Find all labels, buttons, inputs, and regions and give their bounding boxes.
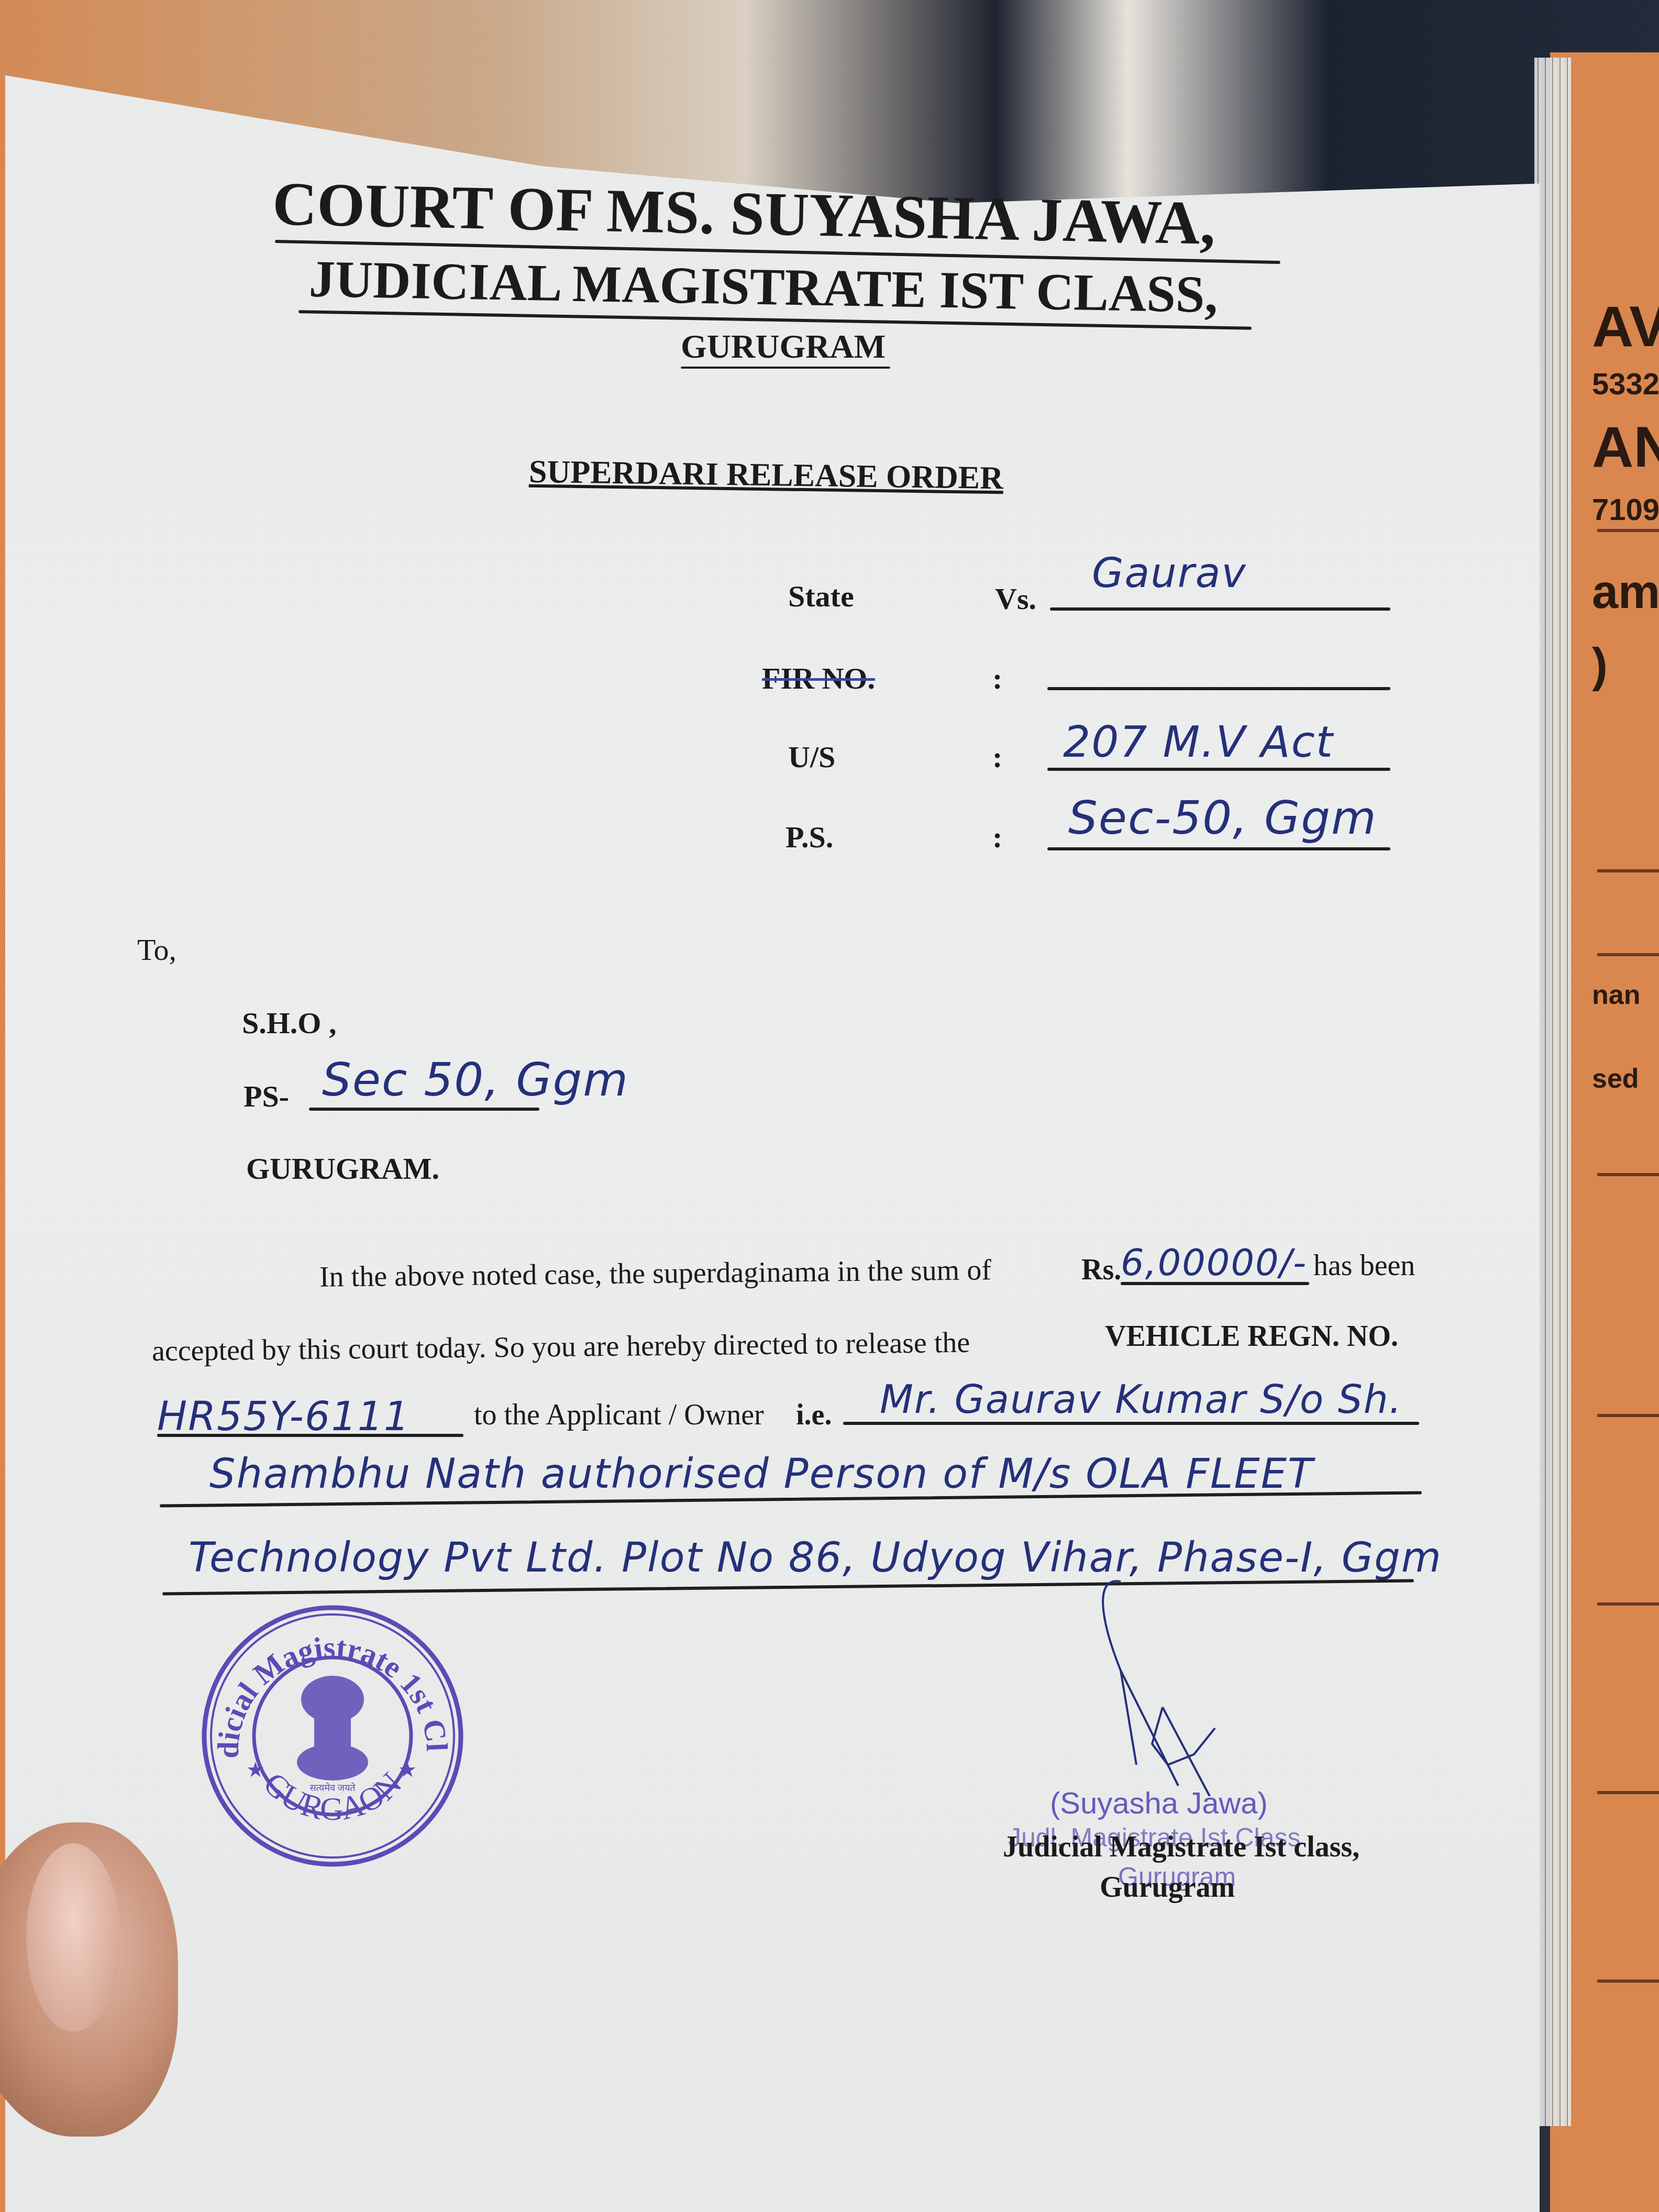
stamped-name: (Suyasha Jawa) [1050, 1786, 1268, 1821]
court-seal: Judicial Magistrate 1st Class GURGAON ★ … [196, 1600, 469, 1872]
folder-rule [1597, 1414, 1659, 1417]
folder-rule [1597, 1791, 1659, 1794]
folder-text: ) [1592, 639, 1608, 693]
to-label: To, [137, 932, 176, 967]
magistrate-signature [1089, 1576, 1225, 1796]
field-underline [309, 1108, 539, 1111]
folder-text: am [1592, 566, 1659, 620]
svg-text:सत्यमेव जयते: सत्यमेव जयते [309, 1782, 356, 1793]
folder-rule [1597, 529, 1659, 532]
us-label: U/S [788, 739, 835, 775]
vs-label: Vs. [995, 581, 1036, 616]
addressee-ps-label: PS- [244, 1079, 289, 1114]
folder-text: AV [1592, 293, 1659, 360]
section-field: 207 M.V Act [1063, 717, 1334, 767]
field-underline [1121, 1282, 1309, 1285]
folder-text: 7109 [1592, 492, 1659, 527]
court-city-heading: GURUGRAM [681, 327, 886, 366]
addressee-city: GURUGRAM. [246, 1151, 439, 1186]
field-underline [1050, 607, 1390, 611]
folder-text: sed [1592, 1063, 1639, 1094]
folder-text: AN [1592, 414, 1659, 480]
release-order-page [5, 47, 1540, 2212]
body-line-1: In the above noted case, the superdagina… [319, 1253, 992, 1293]
colon: : [992, 661, 1002, 696]
accused-name-field: Gaurav [1092, 550, 1247, 597]
ashoka-emblem-seal-icon: Judicial Magistrate 1st Class GURGAON ★ … [196, 1600, 469, 1872]
folder-rule [1597, 1979, 1659, 1983]
ie-label: i.e. [796, 1398, 832, 1432]
folder-text: nan [1592, 979, 1640, 1011]
printed-city: Gurugram [1100, 1871, 1235, 1904]
applicant-address-line-1: Shambhu Nath authorised Person of M/s OL… [209, 1451, 1314, 1498]
order-title: SUPERDARI RELEASE ORDER [529, 454, 1004, 497]
field-underline [843, 1422, 1419, 1425]
fir-label: FIR NO. [762, 661, 875, 696]
ps-label: P.S. [786, 820, 833, 855]
applicant-address-line-2: Technology Pvt Ltd. Plot No 86, Udyog Vi… [189, 1534, 1442, 1581]
field-underline [1047, 768, 1390, 771]
colon: : [992, 820, 1002, 855]
heading-underline [681, 367, 890, 369]
body-line-1-suffix: has been [1313, 1249, 1415, 1282]
svg-text:★: ★ [246, 1758, 265, 1782]
rs-label: Rs. [1081, 1253, 1121, 1287]
folder-text: 5332 [1592, 367, 1659, 402]
field-underline [157, 1434, 463, 1437]
svg-text:★: ★ [398, 1758, 417, 1782]
thumb-nail [26, 1843, 120, 2032]
sho-label: S.H.O , [242, 1005, 337, 1041]
field-underline [1047, 687, 1390, 690]
paper-stack-edge [1534, 58, 1571, 2126]
printed-designation: Judicial Magistrate Ist class, [1003, 1830, 1359, 1864]
vehicle-number-field: HR55Y-6111 [157, 1393, 410, 1440]
folder-rule [1597, 869, 1659, 872]
applicant-text: to the Applicant / Owner [474, 1398, 764, 1432]
folder-rule [1597, 1602, 1659, 1606]
state-label: State [788, 579, 854, 614]
colon: : [992, 739, 1002, 775]
vehicle-regn-label: VEHICLE REGN. NO. [1105, 1320, 1398, 1353]
field-underline [1047, 847, 1390, 850]
bond-amount-field: 6,00000/- [1121, 1241, 1307, 1284]
applicant-name-field: Mr. Gaurav Kumar S/o Sh. [880, 1377, 1402, 1422]
folder-rule [1597, 1173, 1659, 1176]
addressee-ps-field: Sec 50, Ggm [322, 1053, 629, 1107]
police-station-field: Sec-50, Ggm [1068, 791, 1377, 845]
folder-rule [1597, 953, 1659, 956]
